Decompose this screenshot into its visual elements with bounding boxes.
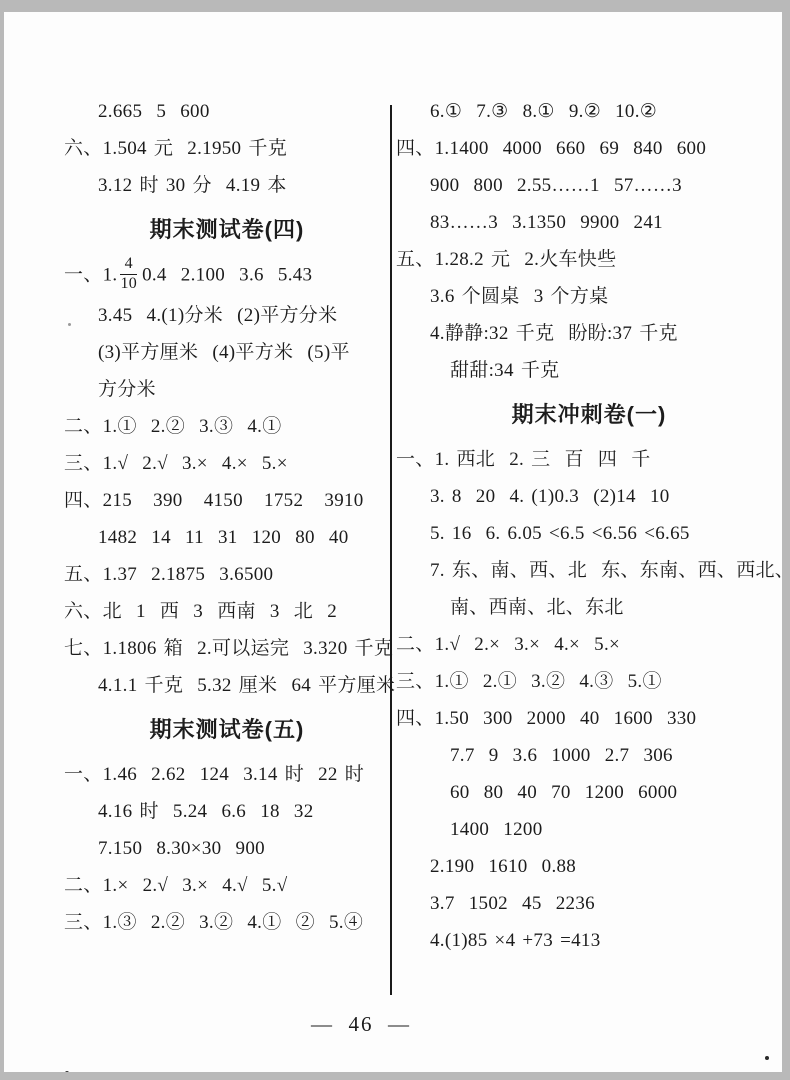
answer-line: 5. 16 6. 6.05 <6.5 <6.56 <6.65 bbox=[396, 515, 782, 552]
answer-line: 四、1.50 300 2000 40 1600 330 bbox=[396, 700, 782, 737]
answer-line: 1400 1200 bbox=[396, 811, 782, 848]
scan-speck bbox=[765, 1056, 769, 1060]
answer-line: 2.665 5 600 bbox=[64, 93, 390, 130]
answer-line: 四、215 390 4150 1752 3910 bbox=[64, 482, 390, 519]
answer-line: 6.① 7.③ 8.① 9.② 10.② bbox=[396, 93, 782, 130]
page-number: — 46 — bbox=[4, 1012, 750, 1037]
answer-line: 南、西南、北、东北 bbox=[396, 589, 782, 626]
answer-line: 二、1.× 2.√ 3.× 4.√ 5.√ bbox=[64, 867, 390, 904]
answer-line: 3.45 4.(1)分米 (2)平方分米 bbox=[64, 297, 390, 334]
answer-line: 四、1.1400 4000 660 69 840 600 bbox=[396, 130, 782, 167]
answer-line: 二、1.① 2.② 3.③ 4.① bbox=[64, 408, 390, 445]
answer-line: 五、1.28.2 元 2.火车快些 bbox=[396, 241, 782, 278]
fraction: 410 bbox=[120, 256, 137, 293]
fraction-denominator: 10 bbox=[120, 275, 137, 293]
answer-line: 3.12 时 30 分 4.19 本 bbox=[64, 167, 390, 204]
answer-line: 2.190 1610 0.88 bbox=[396, 848, 782, 885]
column-divider bbox=[390, 105, 392, 995]
answer-line: 五、1.37 2.1875 3.6500 bbox=[64, 556, 390, 593]
answer-line: 七、1.1806 箱 2.可以运完 3.320 千克 bbox=[64, 630, 390, 667]
answer-line: 3.6 个圆桌 3 个方桌 bbox=[396, 278, 782, 315]
answer-line: 60 80 40 70 1200 6000 bbox=[396, 774, 782, 811]
answer-line: 一、1. 西北 2. 三 百 四 千 bbox=[396, 441, 782, 478]
answer-text: 一、1. bbox=[64, 265, 117, 286]
answer-line: 900 800 2.55……1 57……3 bbox=[396, 167, 782, 204]
answer-line: 一、1.46 2.62 124 3.14 时 22 时 bbox=[64, 756, 390, 793]
section-heading: 期末测试卷(四) bbox=[64, 207, 390, 253]
answer-line: 3.7 1502 45 2236 bbox=[396, 885, 782, 922]
column-right: 6.① 7.③ 8.① 9.② 10.②四、1.1400 4000 660 69… bbox=[396, 93, 782, 959]
answer-line: 一、1.4100.4 2.100 3.6 5.43 bbox=[64, 256, 390, 297]
answer-text: 0.4 2.100 3.6 5.43 bbox=[142, 265, 312, 286]
scan-speck bbox=[68, 323, 71, 326]
section-heading: 期末测试卷(五) bbox=[64, 707, 390, 753]
answer-line: 3. 8 20 4. (1)0.3 (2)14 10 bbox=[396, 478, 782, 515]
answer-line: 4.(1)85 ×4 +73 =413 bbox=[396, 922, 782, 959]
answer-line: 83……3 3.1350 9900 241 bbox=[396, 204, 782, 241]
answer-line: 方分米 bbox=[64, 371, 390, 408]
answer-line: 三、1.√ 2.√ 3.× 4.× 5.× bbox=[64, 445, 390, 482]
scan-speck bbox=[65, 1071, 69, 1072]
answer-line: 7. 东、南、西、北 东、东南、西、西北、 bbox=[396, 552, 782, 589]
answer-line: 1482 14 11 31 120 80 40 bbox=[64, 519, 390, 556]
answer-line: 7.7 9 3.6 1000 2.7 306 bbox=[396, 737, 782, 774]
answer-line: 三、1.① 2.① 3.② 4.③ 5.① bbox=[396, 663, 782, 700]
answer-line: 4.1.1 千克 5.32 厘米 64 平方厘米 bbox=[64, 667, 390, 704]
scanned-page: 2.665 5 600六、1.504 元 2.1950 千克3.12 时 30 … bbox=[4, 12, 782, 1072]
column-left: 2.665 5 600六、1.504 元 2.1950 千克3.12 时 30 … bbox=[64, 93, 390, 941]
answer-line: 4.16 时 5.24 6.6 18 32 bbox=[64, 793, 390, 830]
answer-line: 4.静静:32 千克 盼盼:37 千克 bbox=[396, 315, 782, 352]
answer-line: (3)平方厘米 (4)平方米 (5)平 bbox=[64, 334, 390, 371]
answer-line: 三、1.③ 2.② 3.② 4.① ② 5.④ bbox=[64, 904, 390, 941]
answer-line: 甜甜:34 千克 bbox=[396, 352, 782, 389]
answer-line: 7.150 8.30×30 900 bbox=[64, 830, 390, 867]
fraction-numerator: 4 bbox=[120, 256, 137, 275]
section-heading: 期末冲刺卷(一) bbox=[396, 392, 782, 438]
answer-line: 六、北 1 西 3 西南 3 北 2 bbox=[64, 593, 390, 630]
answer-line: 二、1.√ 2.× 3.× 4.× 5.× bbox=[396, 626, 782, 663]
answer-line: 六、1.504 元 2.1950 千克 bbox=[64, 130, 390, 167]
